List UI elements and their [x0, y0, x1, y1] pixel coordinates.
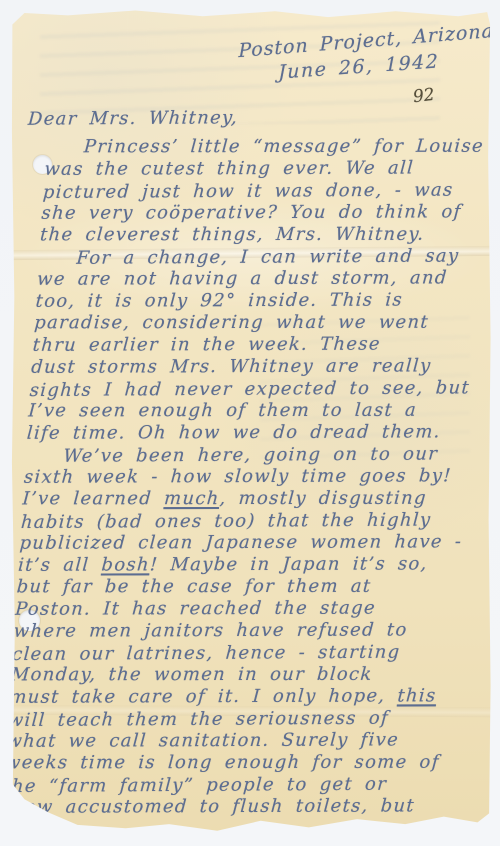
- letter-line: sixth week - how slowly time goes by!: [23, 465, 487, 489]
- salutation: Dear Mrs. Whitney,: [27, 107, 239, 129]
- line-text: was the cutest thing ever. We all: [44, 158, 415, 180]
- line-text: We’ve been here, going on to our: [63, 443, 439, 466]
- letter-paper: Poston Project, Arizona June 26, 1942 92…: [10, 8, 492, 834]
- letter-line: thru earlier in the week. These: [32, 333, 496, 357]
- letter-line: Princess’ little “message” for Louise: [45, 136, 500, 159]
- line-text: pictured just how it was done, - was: [42, 180, 454, 204]
- letter-line: pictured just how it was done, - was: [42, 179, 500, 204]
- letter-line: Monday, the women in our block: [10, 664, 474, 687]
- letter-line: the cleverest things, Mrs. Whitney.: [39, 224, 500, 247]
- line-text: grow accustomed to flush toilets, but: [1, 795, 415, 817]
- line-text: must take care of it. I only hope,: [9, 685, 399, 707]
- letter-line: she very coöperative? You do think of: [41, 201, 500, 225]
- line-text: too, it is only 92° inside. This is: [35, 290, 404, 312]
- letter-line: life time. Oh how we do dread them.: [26, 421, 490, 445]
- letter-line: I’ve seen enough of them to last a: [28, 400, 492, 423]
- letter-line: the “farm family” people to get or: [3, 773, 467, 798]
- letter-line: was the cutest thing ever. We all: [44, 157, 500, 181]
- letter-line: but far be the case for them at: [16, 576, 480, 599]
- line-text: sights I had never expected to see, but: [29, 377, 471, 401]
- letter-line: too, it is only 92° inside. This is: [35, 289, 499, 313]
- letter-line: Poston. It has reached the stage: [14, 597, 478, 621]
- letter-line: it’s all bosh! Maybe in Japan it’s so,: [17, 553, 481, 577]
- line-text: habits (bad ones too) that the highly: [20, 510, 432, 534]
- line-text: we are not having a dust storm, and: [36, 267, 448, 289]
- underlined-word: much: [163, 488, 220, 509]
- line-text: weeks time is long enough for some of: [4, 752, 440, 774]
- line-text: life time. Oh how we do dread them.: [26, 421, 441, 443]
- line-text: she very coöperative? You do think of: [41, 201, 462, 223]
- letter-line: must take care of it. I only hope, this: [9, 685, 473, 709]
- line-text: it’s all: [17, 555, 102, 576]
- page-number: 92: [412, 85, 436, 107]
- line-text: For a change, I can write and say: [76, 245, 460, 268]
- underlined-word: bosh: [101, 554, 151, 575]
- line-text: Princess’ little “message” for Louise: [83, 136, 484, 158]
- line-text: Poston. It has reached the stage: [15, 598, 377, 620]
- line-text: Monday, the women in our block: [10, 664, 373, 686]
- line-text: will teach them the seriousness of: [7, 708, 389, 731]
- letter-line: habits (bad ones too) that the highly: [20, 509, 484, 534]
- line-text: paradise, considering what we went: [34, 312, 430, 334]
- line-text: thru earlier in the week. These: [32, 334, 381, 356]
- letter-line: paradise, considering what we went: [33, 312, 497, 335]
- letter-line: For a change, I can write and say: [38, 245, 500, 270]
- letter-line: dust storms Mrs. Whitney are really: [31, 355, 495, 379]
- line-text: but far be the case for them at: [16, 576, 372, 597]
- line-text: sixth week - how slowly time goes by!: [23, 465, 452, 487]
- letter-line: I’ve learned much, mostly disgusting: [22, 488, 486, 511]
- line-text: publicized clean Japanese women have -: [19, 531, 463, 554]
- letter-line: what we call sanitation. Surely five: [6, 729, 470, 753]
- line-text: , mostly disgusting: [219, 488, 428, 509]
- letter-line: grow accustomed to flush toilets, but: [1, 795, 465, 819]
- line-text: ! Maybe in Japan it’s so,: [149, 553, 428, 575]
- underlined-word: this: [397, 685, 437, 706]
- line-text: I’ve seen enough of them to last a: [28, 400, 418, 422]
- line-text: what we call sanitation. Surely five: [6, 729, 400, 751]
- line-text: the cleverest things, Mrs. Whitney.: [39, 224, 425, 246]
- line-text: the “farm family” people to get or: [3, 774, 388, 797]
- line-text: dust storms Mrs. Whitney are really: [31, 355, 433, 377]
- line-text: clean our latrines, hence - starting: [12, 642, 402, 665]
- letter-body: Princess’ little “message” for Louisewas…: [1, 135, 500, 819]
- letter-line: sights I had never expected to see, but: [29, 377, 493, 402]
- letter-line: will teach them the seriousness of: [7, 707, 471, 732]
- scan-background: Poston Project, Arizona June 26, 1942 92…: [0, 0, 500, 846]
- letter-line: We’ve been here, going on to our: [25, 443, 489, 468]
- letter-line: we are not having a dust storm, and: [36, 267, 500, 291]
- letter-line: clean our latrines, hence - starting: [11, 641, 475, 666]
- line-text: where men janitors have refused to: [13, 619, 408, 641]
- line-text: I’ve learned: [22, 488, 165, 509]
- letter-line: weeks time is long enough for some of: [4, 752, 468, 775]
- letter-line: publicized clean Japanese women have -: [19, 531, 483, 555]
- letter-line: where men janitors have refused to: [13, 619, 477, 643]
